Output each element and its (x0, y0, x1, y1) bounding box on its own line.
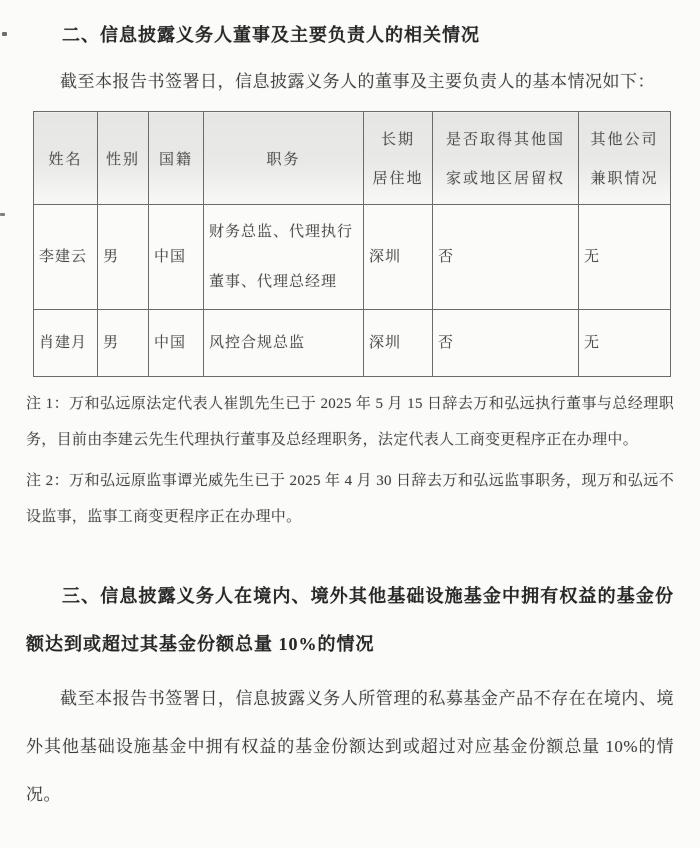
cell-other-roles: 无 (579, 310, 671, 377)
header-position-label: 职务 (266, 148, 300, 169)
directors-table: 姓名 性别 国籍 职务 长期 居住地 (33, 111, 671, 377)
cell-residence: 深圳 (364, 205, 433, 310)
scan-artifact (0, 213, 5, 216)
cell-foreign-residency: 否 (433, 205, 579, 310)
cell-position: 风控合规总监 (204, 310, 364, 377)
table-row: 李建云 男 中国 财务总监、代理执行董事、代理总经理 深圳 否 无 (34, 205, 671, 310)
note-2: 注 2：万和弘远原监事谭光威先生已于 2025 年 4 月 30 日辞去万和弘远… (26, 463, 674, 535)
header-other-roles: 其他公司 兼职情况 (579, 112, 671, 205)
document-page: 二、信息披露义务人董事及主要负责人的相关情况 截至本报告书签署日，信息披露义务人… (0, 0, 700, 848)
scan-artifact (2, 32, 7, 36)
cell-name: 李建云 (34, 205, 98, 310)
cell-name: 肖建月 (34, 310, 98, 377)
header-foreign-residency-line2: 家或地区居留权 (446, 167, 565, 188)
header-gender-label: 性别 (106, 148, 140, 169)
section2-intro: 截至本报告书签署日，信息披露义务人的董事及主要负责人的基本情况如下： (26, 69, 674, 95)
header-name: 姓名 (34, 112, 98, 205)
header-residence: 长期 居住地 (364, 112, 433, 205)
table-row: 肖建月 男 中国 风控合规总监 深圳 否 无 (34, 310, 671, 377)
table-header-row: 姓名 性别 国籍 职务 长期 居住地 (34, 112, 671, 205)
cell-position: 财务总监、代理执行董事、代理总经理 (204, 205, 364, 310)
header-other-roles-line2: 兼职情况 (590, 167, 658, 188)
cell-nationality: 中国 (149, 205, 204, 310)
header-foreign-residency: 是否取得其他国 家或地区居留权 (433, 112, 579, 205)
header-foreign-residency-line1: 是否取得其他国 (446, 128, 565, 149)
header-other-roles-line1: 其他公司 (590, 128, 658, 149)
cell-gender: 男 (98, 205, 149, 310)
cell-gender: 男 (98, 310, 149, 377)
cell-nationality: 中国 (149, 310, 204, 377)
header-name-label: 姓名 (48, 148, 82, 169)
cell-other-roles: 无 (579, 205, 671, 310)
cell-foreign-residency: 否 (433, 310, 579, 377)
section2-heading: 二、信息披露义务人董事及主要负责人的相关情况 (26, 22, 674, 49)
note-1: 注 1：万和弘远原法定代表人崔凯先生已于 2025 年 5 月 15 日辞去万和… (26, 386, 674, 458)
section3-body: 截至本报告书签署日，信息披露义务人所管理的私募基金产品不存在在境内、境外其他基础… (26, 675, 674, 819)
header-position: 职务 (204, 112, 364, 205)
cell-residence: 深圳 (364, 310, 433, 377)
section3-heading: 三、信息披露义务人在境内、境外其他基础设施基金中拥有权益的基金份额达到或超过其基… (26, 572, 674, 668)
header-nationality-label: 国籍 (159, 148, 193, 169)
header-residence-line2: 居住地 (372, 167, 423, 188)
header-nationality: 国籍 (149, 112, 204, 205)
header-residence-line1: 长期 (381, 128, 415, 149)
header-gender: 性别 (98, 112, 149, 205)
